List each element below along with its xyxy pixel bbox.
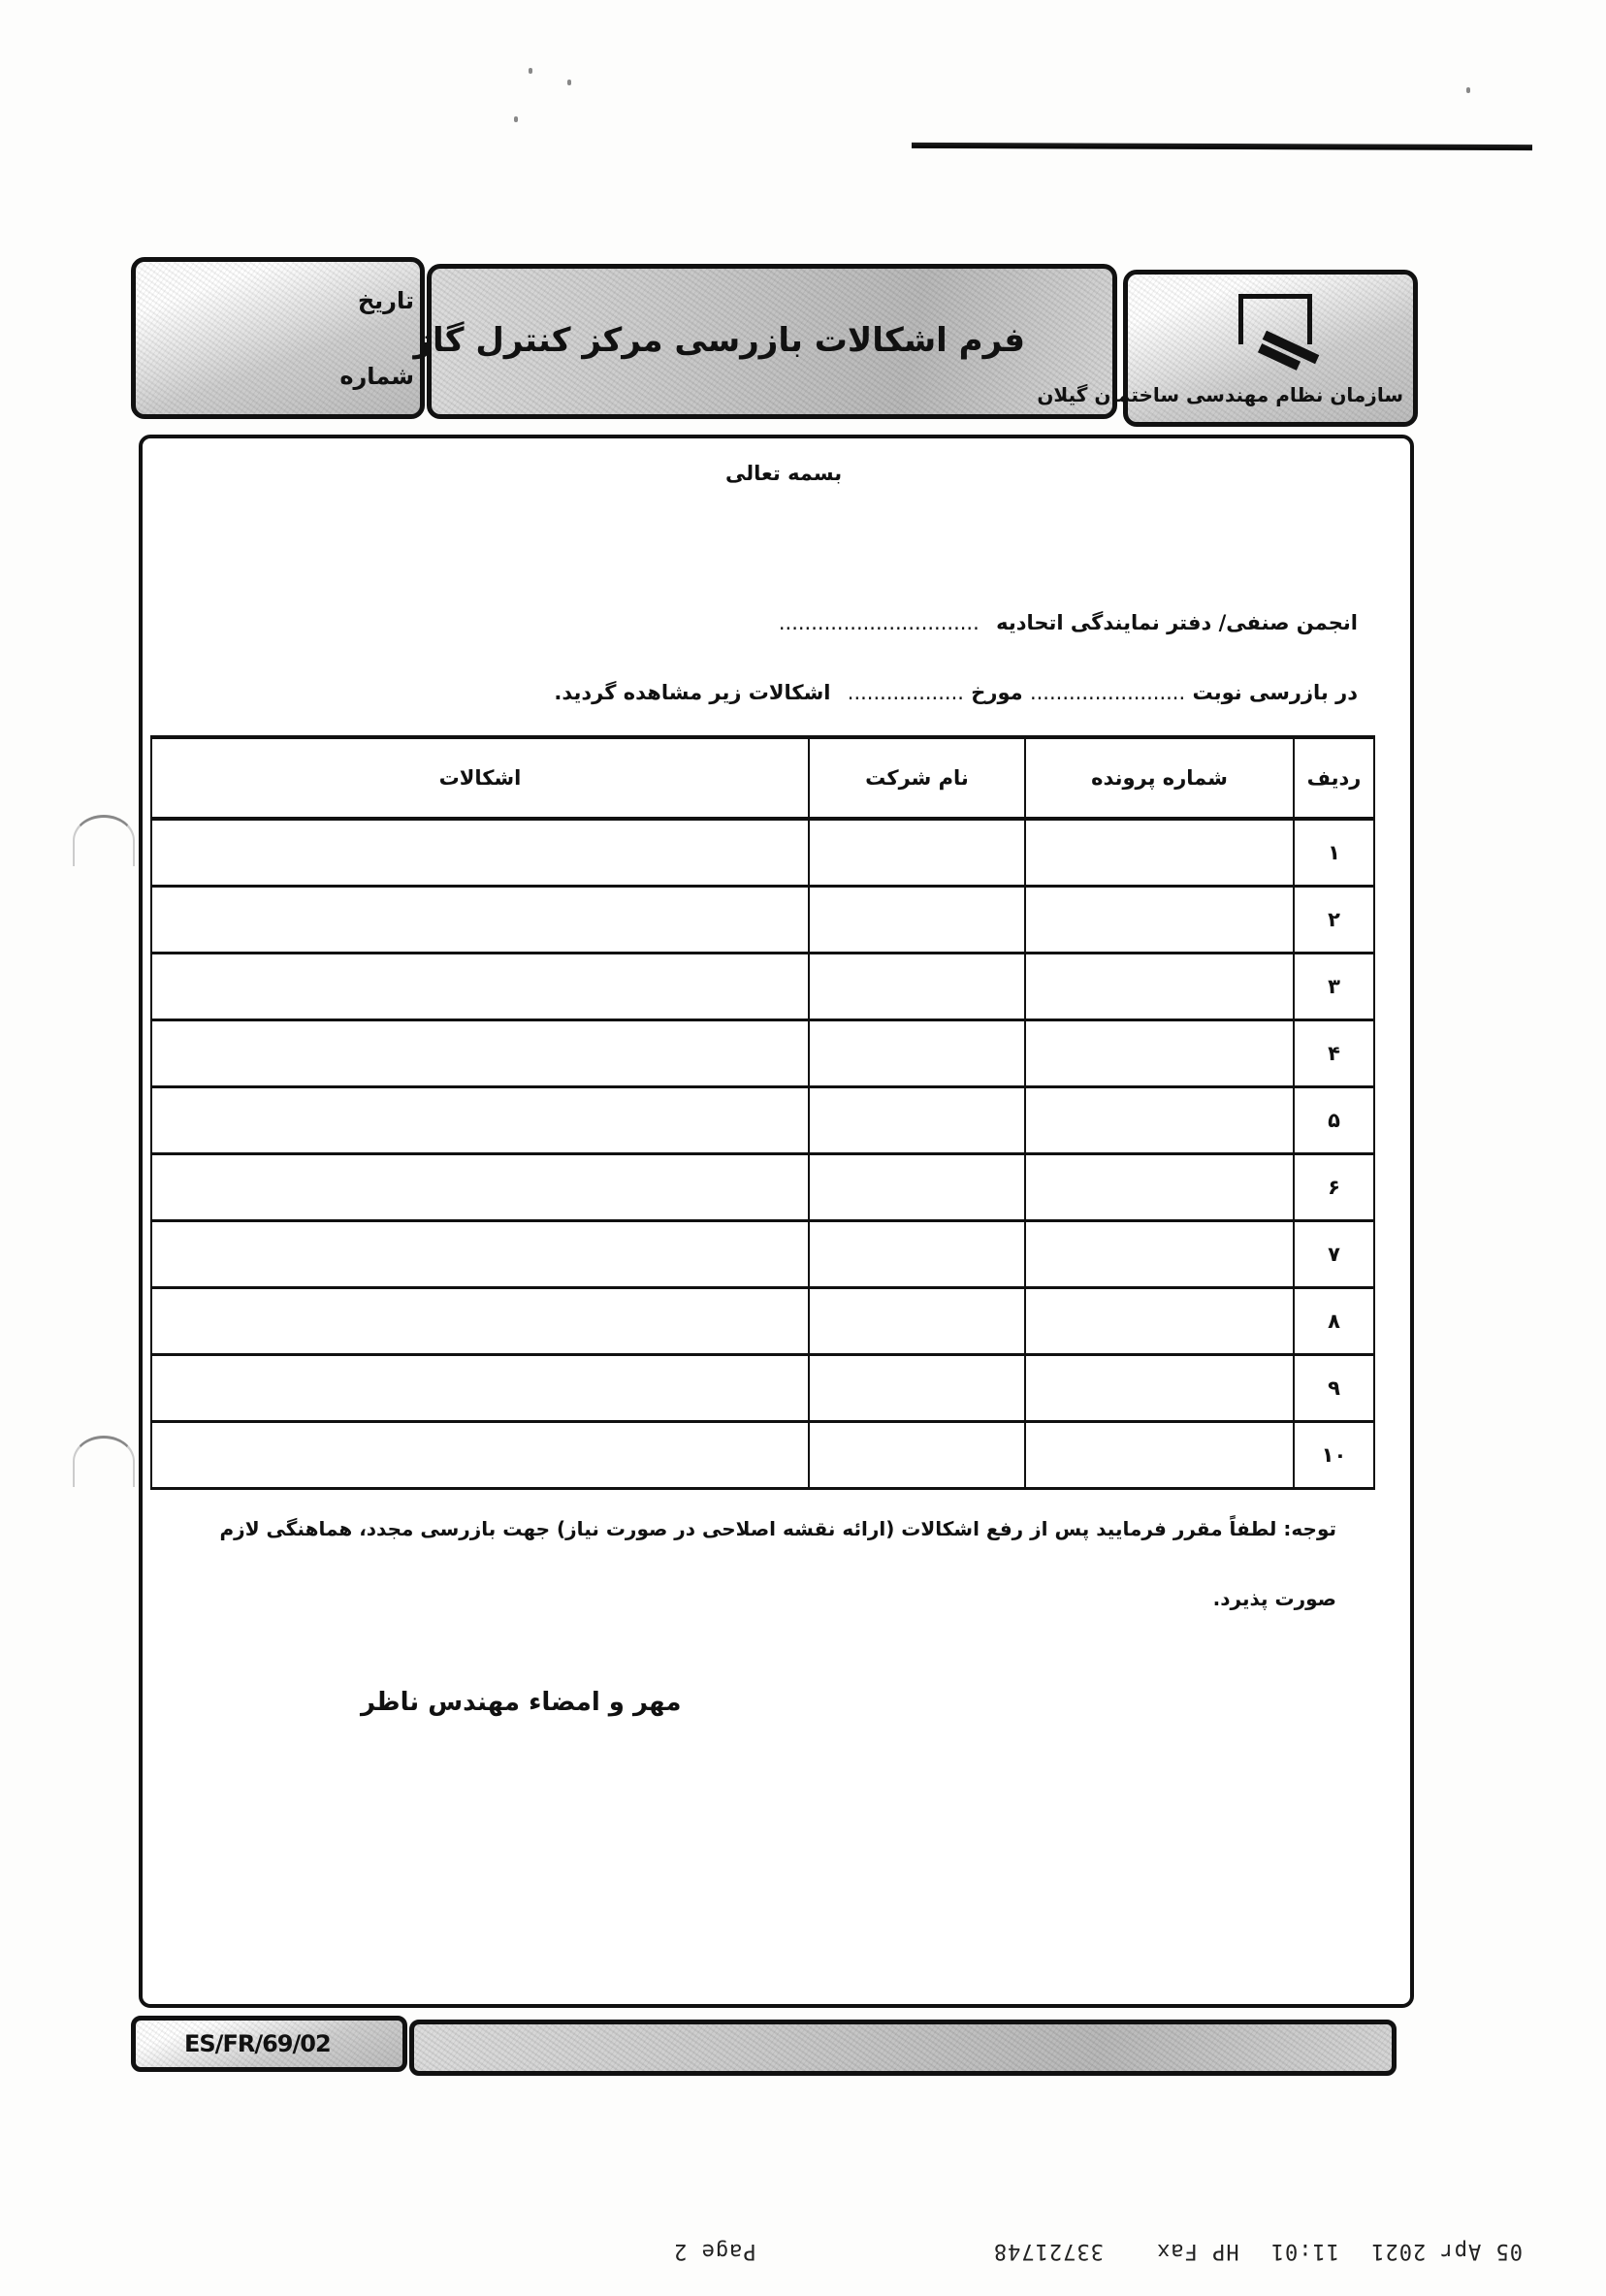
fax-number: 33721748	[993, 2239, 1104, 2263]
issues-table: ردیف شماره پرونده نام شرکت اشکالات ۱ ۲ ۳…	[150, 735, 1375, 1490]
company-name-cell[interactable]	[809, 1355, 1025, 1422]
header-row-number: ردیف	[1294, 737, 1374, 819]
title-box: فرم اشکالات بازرسی مرکز کنترل گاز	[427, 264, 1117, 419]
union-label: انجمن صنفی/ دفتر نمایندگی اتحادیه	[996, 611, 1358, 634]
row-number: ۱۰	[1294, 1422, 1374, 1489]
header-file-number: شماره پرونده	[1025, 737, 1294, 819]
file-number-cell[interactable]	[1025, 1288, 1294, 1355]
scan-speck	[567, 80, 571, 85]
scan-speck	[1466, 87, 1470, 93]
file-number-cell[interactable]	[1025, 1154, 1294, 1221]
file-number-cell[interactable]	[1025, 1355, 1294, 1422]
row-number: ۲	[1294, 887, 1374, 954]
date-number-box: تاریخ شماره	[131, 257, 425, 419]
form-title: فرم اشکالات بازرسی مرکز کنترل گاز	[413, 321, 1025, 360]
company-name-cell[interactable]	[809, 887, 1025, 954]
issues-cell[interactable]	[151, 819, 809, 887]
row-number: ۹	[1294, 1355, 1374, 1422]
union-line: انجمن صنفی/ دفتر نمایندگی اتحادیه ......…	[779, 611, 1358, 634]
file-number-cell[interactable]	[1025, 819, 1294, 887]
row-number: ۷	[1294, 1221, 1374, 1288]
company-name-cell[interactable]	[809, 819, 1025, 887]
issues-cell[interactable]	[151, 954, 809, 1020]
file-number-cell[interactable]	[1025, 1020, 1294, 1087]
signature-label: مهر و امضاء مهندس ناظر	[361, 1688, 681, 1717]
scan-speck	[529, 68, 532, 74]
row-number: ۸	[1294, 1288, 1374, 1355]
form-code: ES/FR/69/02	[184, 2030, 331, 2057]
logo-box: سازمان نظام مهندسی ساختمان گیلان	[1123, 270, 1418, 427]
footer-bar	[409, 2020, 1397, 2076]
union-field[interactable]: ...............................	[779, 611, 980, 634]
punch-hole	[73, 1436, 135, 1487]
fax-device: HP Fax	[1156, 2239, 1238, 2263]
note-text: توجه: لطفاً مقرر فرمایید پس از رفع اشکال…	[173, 1494, 1336, 1633]
fax-date: 05 Apr 2021	[1370, 2239, 1523, 2263]
punch-hole	[73, 815, 135, 866]
table-row: ۴	[151, 1020, 1374, 1087]
row-number: ۱	[1294, 819, 1374, 887]
issues-cell[interactable]	[151, 1221, 809, 1288]
row-number: ۶	[1294, 1154, 1374, 1221]
file-number-cell[interactable]	[1025, 887, 1294, 954]
table-row: ۹	[151, 1355, 1374, 1422]
row-number: ۵	[1294, 1087, 1374, 1154]
row-number: ۳	[1294, 954, 1374, 1020]
file-number-cell[interactable]	[1025, 1221, 1294, 1288]
issues-cell[interactable]	[151, 1087, 809, 1154]
table-row: ۲	[151, 887, 1374, 954]
inspection-line: در بازرسی نوبت ........................ …	[554, 681, 1358, 704]
dated-field[interactable]: ..................	[848, 681, 964, 704]
issues-cell[interactable]	[151, 1154, 809, 1221]
fax-time: 11:01	[1270, 2239, 1339, 2263]
issues-cell[interactable]	[151, 887, 809, 954]
organization-name: سازمان نظام مهندسی ساختمان گیلان	[1037, 383, 1403, 406]
company-name-cell[interactable]	[809, 1020, 1025, 1087]
issues-cell[interactable]	[151, 1355, 809, 1422]
company-name-cell[interactable]	[809, 1422, 1025, 1489]
top-rule-line	[912, 143, 1532, 150]
inspection-suffix: اشکالات زیر مشاهده گردید.	[554, 681, 830, 704]
handshake-book-icon	[1233, 294, 1320, 372]
company-name-cell[interactable]	[809, 1221, 1025, 1288]
company-name-cell[interactable]	[809, 1154, 1025, 1221]
file-number-cell[interactable]	[1025, 954, 1294, 1020]
number-label: شماره	[339, 363, 414, 390]
form-code-box: ES/FR/69/02	[131, 2016, 407, 2072]
table-row: ۷	[151, 1221, 1374, 1288]
table-row: ۶	[151, 1154, 1374, 1221]
header-company-name: نام شرکت	[809, 737, 1025, 819]
dated-label: مورخ	[971, 681, 1022, 704]
issues-cell[interactable]	[151, 1288, 809, 1355]
company-name-cell[interactable]	[809, 1288, 1025, 1355]
company-name-cell[interactable]	[809, 1087, 1025, 1154]
table-row: ۱	[151, 819, 1374, 887]
header-issues: اشکالات	[151, 737, 809, 819]
inspection-prefix: در بازرسی نوبت	[1192, 681, 1358, 704]
table-row: ۸	[151, 1288, 1374, 1355]
issues-cell[interactable]	[151, 1422, 809, 1489]
file-number-cell[interactable]	[1025, 1422, 1294, 1489]
table-row: ۳	[151, 954, 1374, 1020]
file-number-cell[interactable]	[1025, 1087, 1294, 1154]
row-number: ۴	[1294, 1020, 1374, 1087]
table-header-row: ردیف شماره پرونده نام شرکت اشکالات	[151, 737, 1374, 819]
scan-speck	[514, 116, 518, 122]
invocation: بسمه تعالی	[725, 462, 842, 485]
company-name-cell[interactable]	[809, 954, 1025, 1020]
table-row: ۵	[151, 1087, 1374, 1154]
issues-cell[interactable]	[151, 1020, 809, 1087]
table-row: ۱۰	[151, 1422, 1374, 1489]
fax-header-line: 05 Apr 2021 11:01 HP Fax 33721748 Page 2	[718, 2239, 1523, 2263]
date-label: تاریخ	[358, 287, 414, 314]
fax-page: Page 2	[673, 2239, 755, 2263]
inspection-round-field[interactable]: ........................	[1030, 681, 1185, 704]
